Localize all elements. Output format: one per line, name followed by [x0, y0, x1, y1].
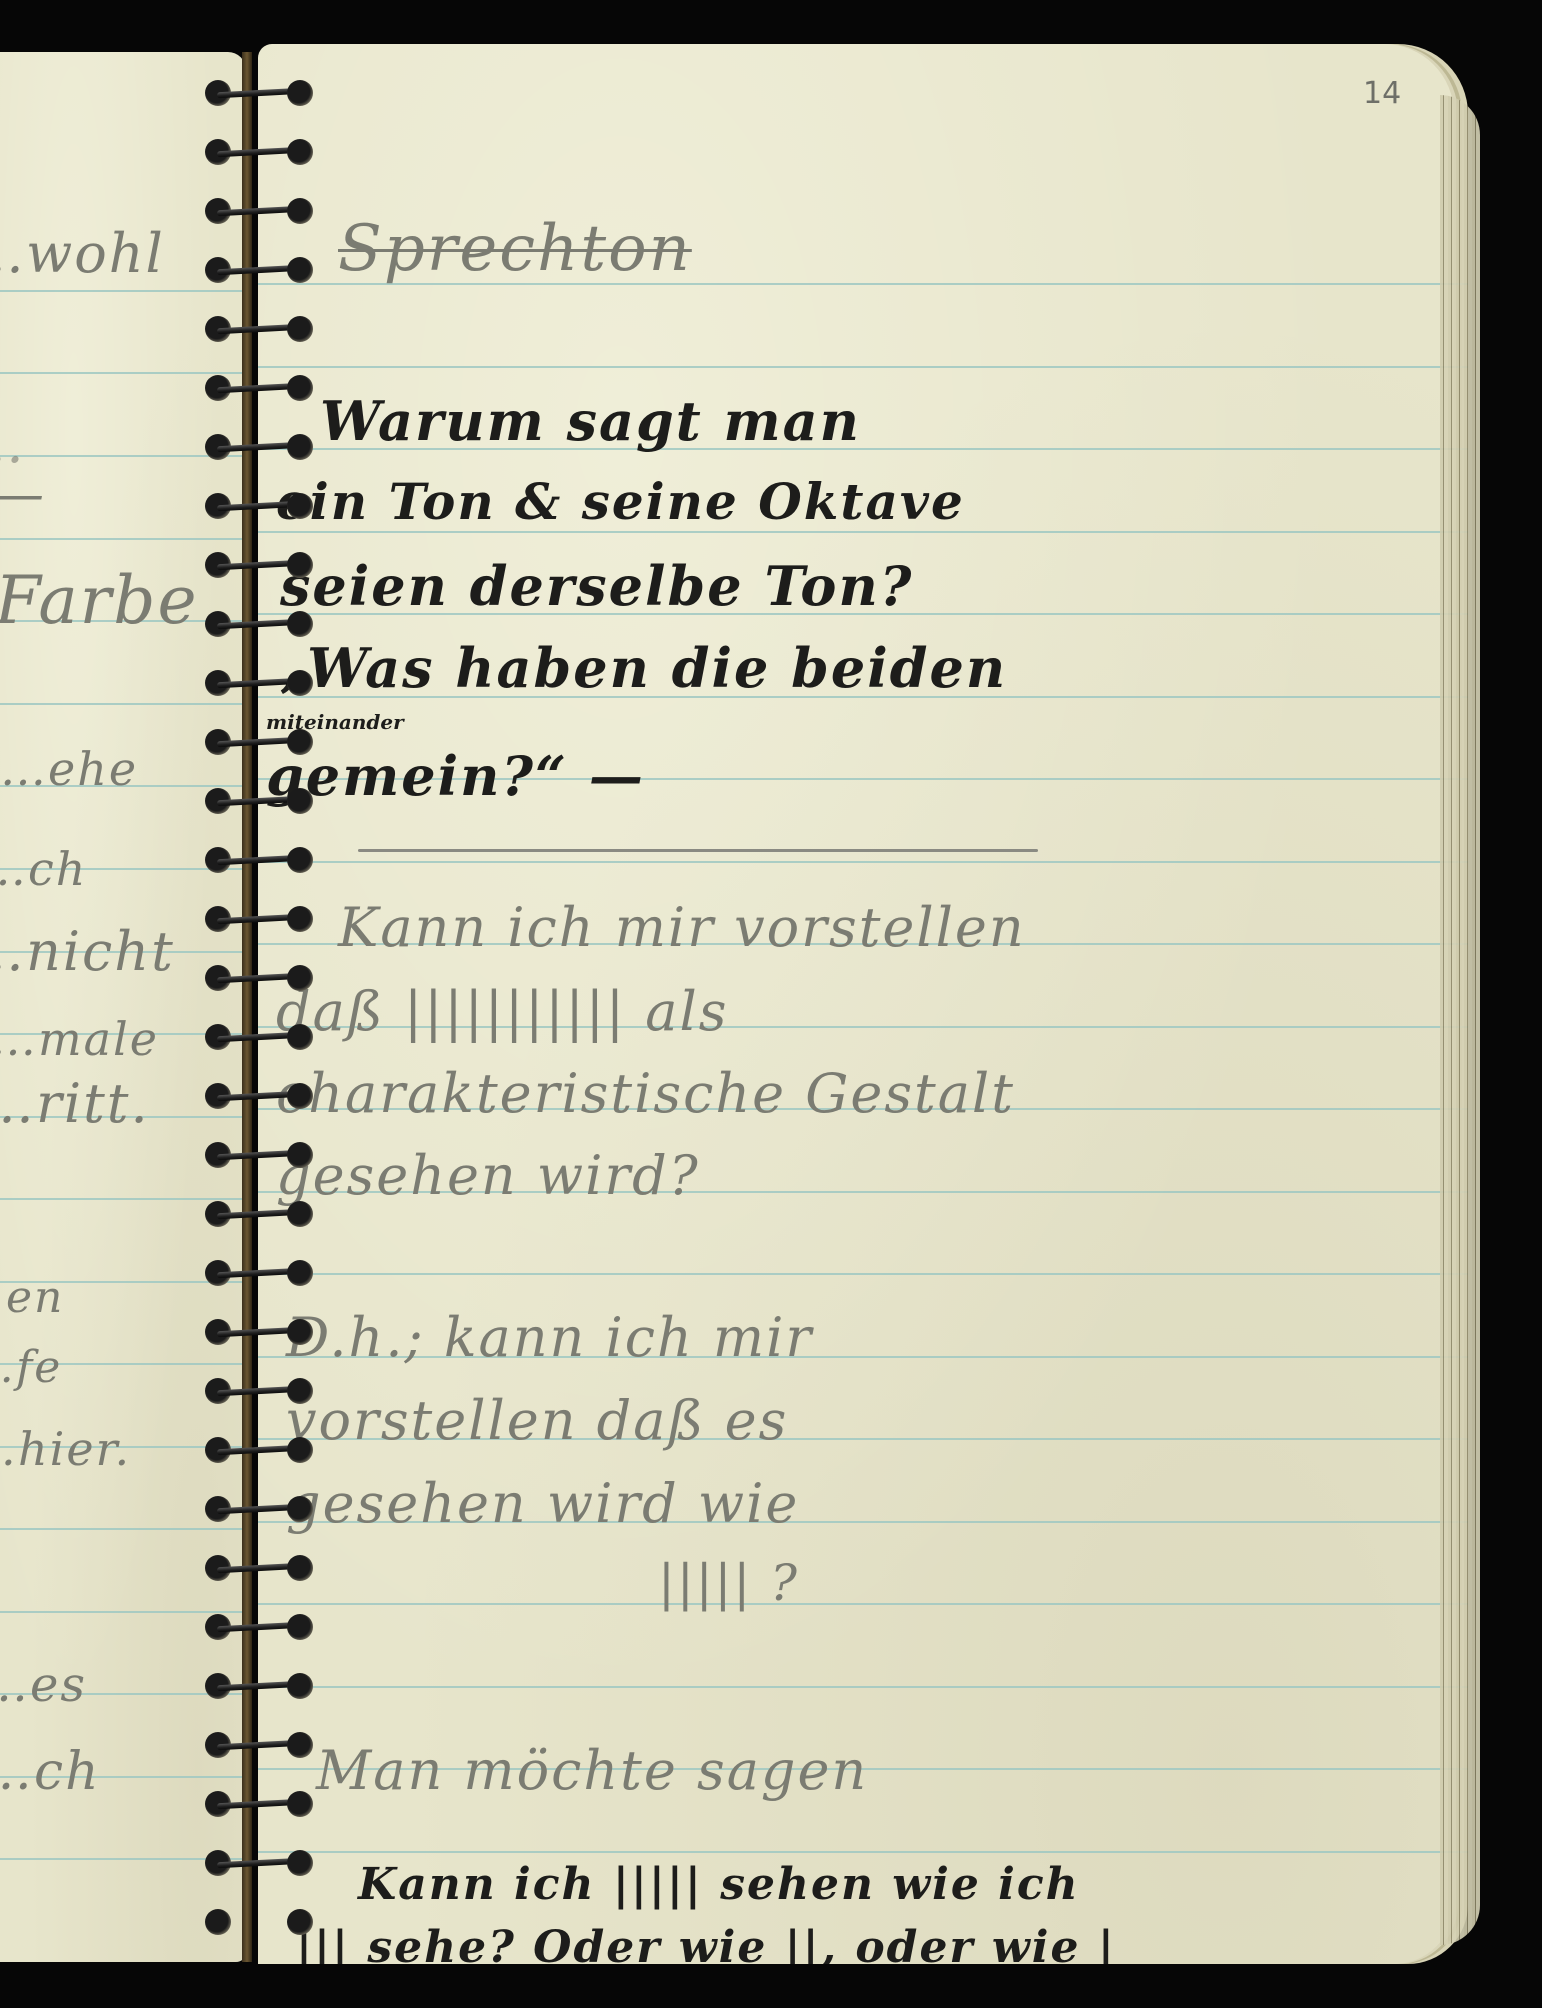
- text-line: D.h.; kann ich mir: [286, 1306, 813, 1369]
- spiral-coil: [205, 1850, 313, 1876]
- text-line: charakteristische Gestalt: [276, 1062, 1015, 1125]
- spiral-coil: [205, 1024, 313, 1050]
- spiral-coil: [205, 1614, 313, 1640]
- text-line: seien derselbe Ton?: [280, 554, 913, 618]
- spiral-coil: [205, 80, 313, 106]
- spiral-coil: [205, 1673, 313, 1699]
- text-line: Kann ich mir vorstellen: [338, 896, 1026, 959]
- spiral-coil: [205, 1083, 313, 1109]
- ruled-line: [258, 1273, 1468, 1275]
- text-line: gesehen wird?: [276, 1144, 700, 1207]
- text-line: daß ||||||||||| als: [276, 980, 728, 1043]
- page-number: 14: [1363, 76, 1401, 111]
- page-stack-edge: [1440, 95, 1480, 1945]
- spiral-coil: [205, 1201, 313, 1227]
- text-line: vorstellen daß es: [286, 1389, 788, 1452]
- left-fragment: …en: [0, 1272, 64, 1323]
- spiral-coil: [205, 1496, 313, 1522]
- left-fragment: …nicht: [0, 920, 175, 983]
- left-fragment: …ehe: [0, 742, 138, 796]
- spiral-coil: [205, 1437, 313, 1463]
- text-line: Kann ich ||||| sehen wie ich: [358, 1859, 1080, 1910]
- separator-line: [358, 849, 1038, 852]
- text-line: Man möchte sagen: [316, 1739, 868, 1802]
- left-fragment: …ch: [0, 842, 87, 896]
- spiral-coil: [205, 316, 313, 342]
- spiral-coil: [205, 1319, 313, 1345]
- ruled-line: [0, 703, 246, 705]
- text-line: ||| sehe? Oder wie ||, oder wie |: [296, 1922, 1116, 1964]
- text-line: Warum sagt man: [320, 389, 861, 453]
- spiral-coil: [205, 493, 313, 519]
- spiral-coil: [205, 1260, 313, 1286]
- ruled-line: [0, 1198, 246, 1200]
- spiral-coil: [205, 670, 313, 696]
- text-line: gemein?“ —: [266, 744, 645, 808]
- spiral-coil: [205, 1378, 313, 1404]
- spiral-coil: [205, 1142, 313, 1168]
- left-fragment: —: [0, 462, 46, 525]
- spiral-coil: [205, 788, 313, 814]
- right-page: 14 Sprechton Warum sagt man ein Ton & se…: [258, 44, 1468, 1964]
- text-line: „Was haben die beiden: [280, 636, 1007, 700]
- ruled-line: [0, 538, 246, 540]
- spiral-coil: [205, 611, 313, 637]
- left-fragment: Farbe: [0, 562, 199, 639]
- ruled-line: [0, 290, 246, 292]
- spiral-coil: [205, 1555, 313, 1581]
- spiral-coil: [205, 434, 313, 460]
- spiral-coil: [205, 965, 313, 991]
- left-fragment: …ritt.: [0, 1072, 150, 1135]
- spiral-coil: [205, 552, 313, 578]
- spiral-coil: [205, 198, 313, 224]
- ruled-line: [0, 1611, 246, 1613]
- spiral-coil: [205, 729, 313, 755]
- spiral-coil: [205, 257, 313, 283]
- spiral-coil: [205, 1909, 313, 1935]
- text-line: ein Ton & seine Oktave: [276, 472, 965, 531]
- spiral-coil: [205, 139, 313, 165]
- left-fragment: …ch: [0, 1742, 101, 1802]
- spiral-coil: [205, 1732, 313, 1758]
- text-line: ||||| ?: [658, 1554, 799, 1612]
- ruled-line: [258, 861, 1468, 863]
- left-fragment: …fe: [0, 1342, 62, 1393]
- ruled-line: [258, 1851, 1468, 1853]
- ruled-line: [258, 1603, 1468, 1605]
- ruled-line: [0, 1528, 246, 1530]
- left-fragment: …es: [0, 1657, 87, 1713]
- left-fragment: …male: [0, 1012, 159, 1066]
- heading-sprechton: Sprechton: [338, 212, 692, 286]
- ruled-line: [258, 531, 1468, 533]
- spiral-coil: [205, 906, 313, 932]
- spiral-coil: [205, 847, 313, 873]
- left-fragment: …wohl: [0, 222, 165, 285]
- spiral-coil: [205, 1791, 313, 1817]
- spiral-coil: [205, 375, 313, 401]
- text-line: gesehen wird wie: [286, 1472, 799, 1535]
- left-fragment: …hier.: [0, 1422, 131, 1476]
- ruled-line: [258, 366, 1468, 368]
- ruled-line: [0, 372, 246, 374]
- ruled-line: [258, 1686, 1468, 1688]
